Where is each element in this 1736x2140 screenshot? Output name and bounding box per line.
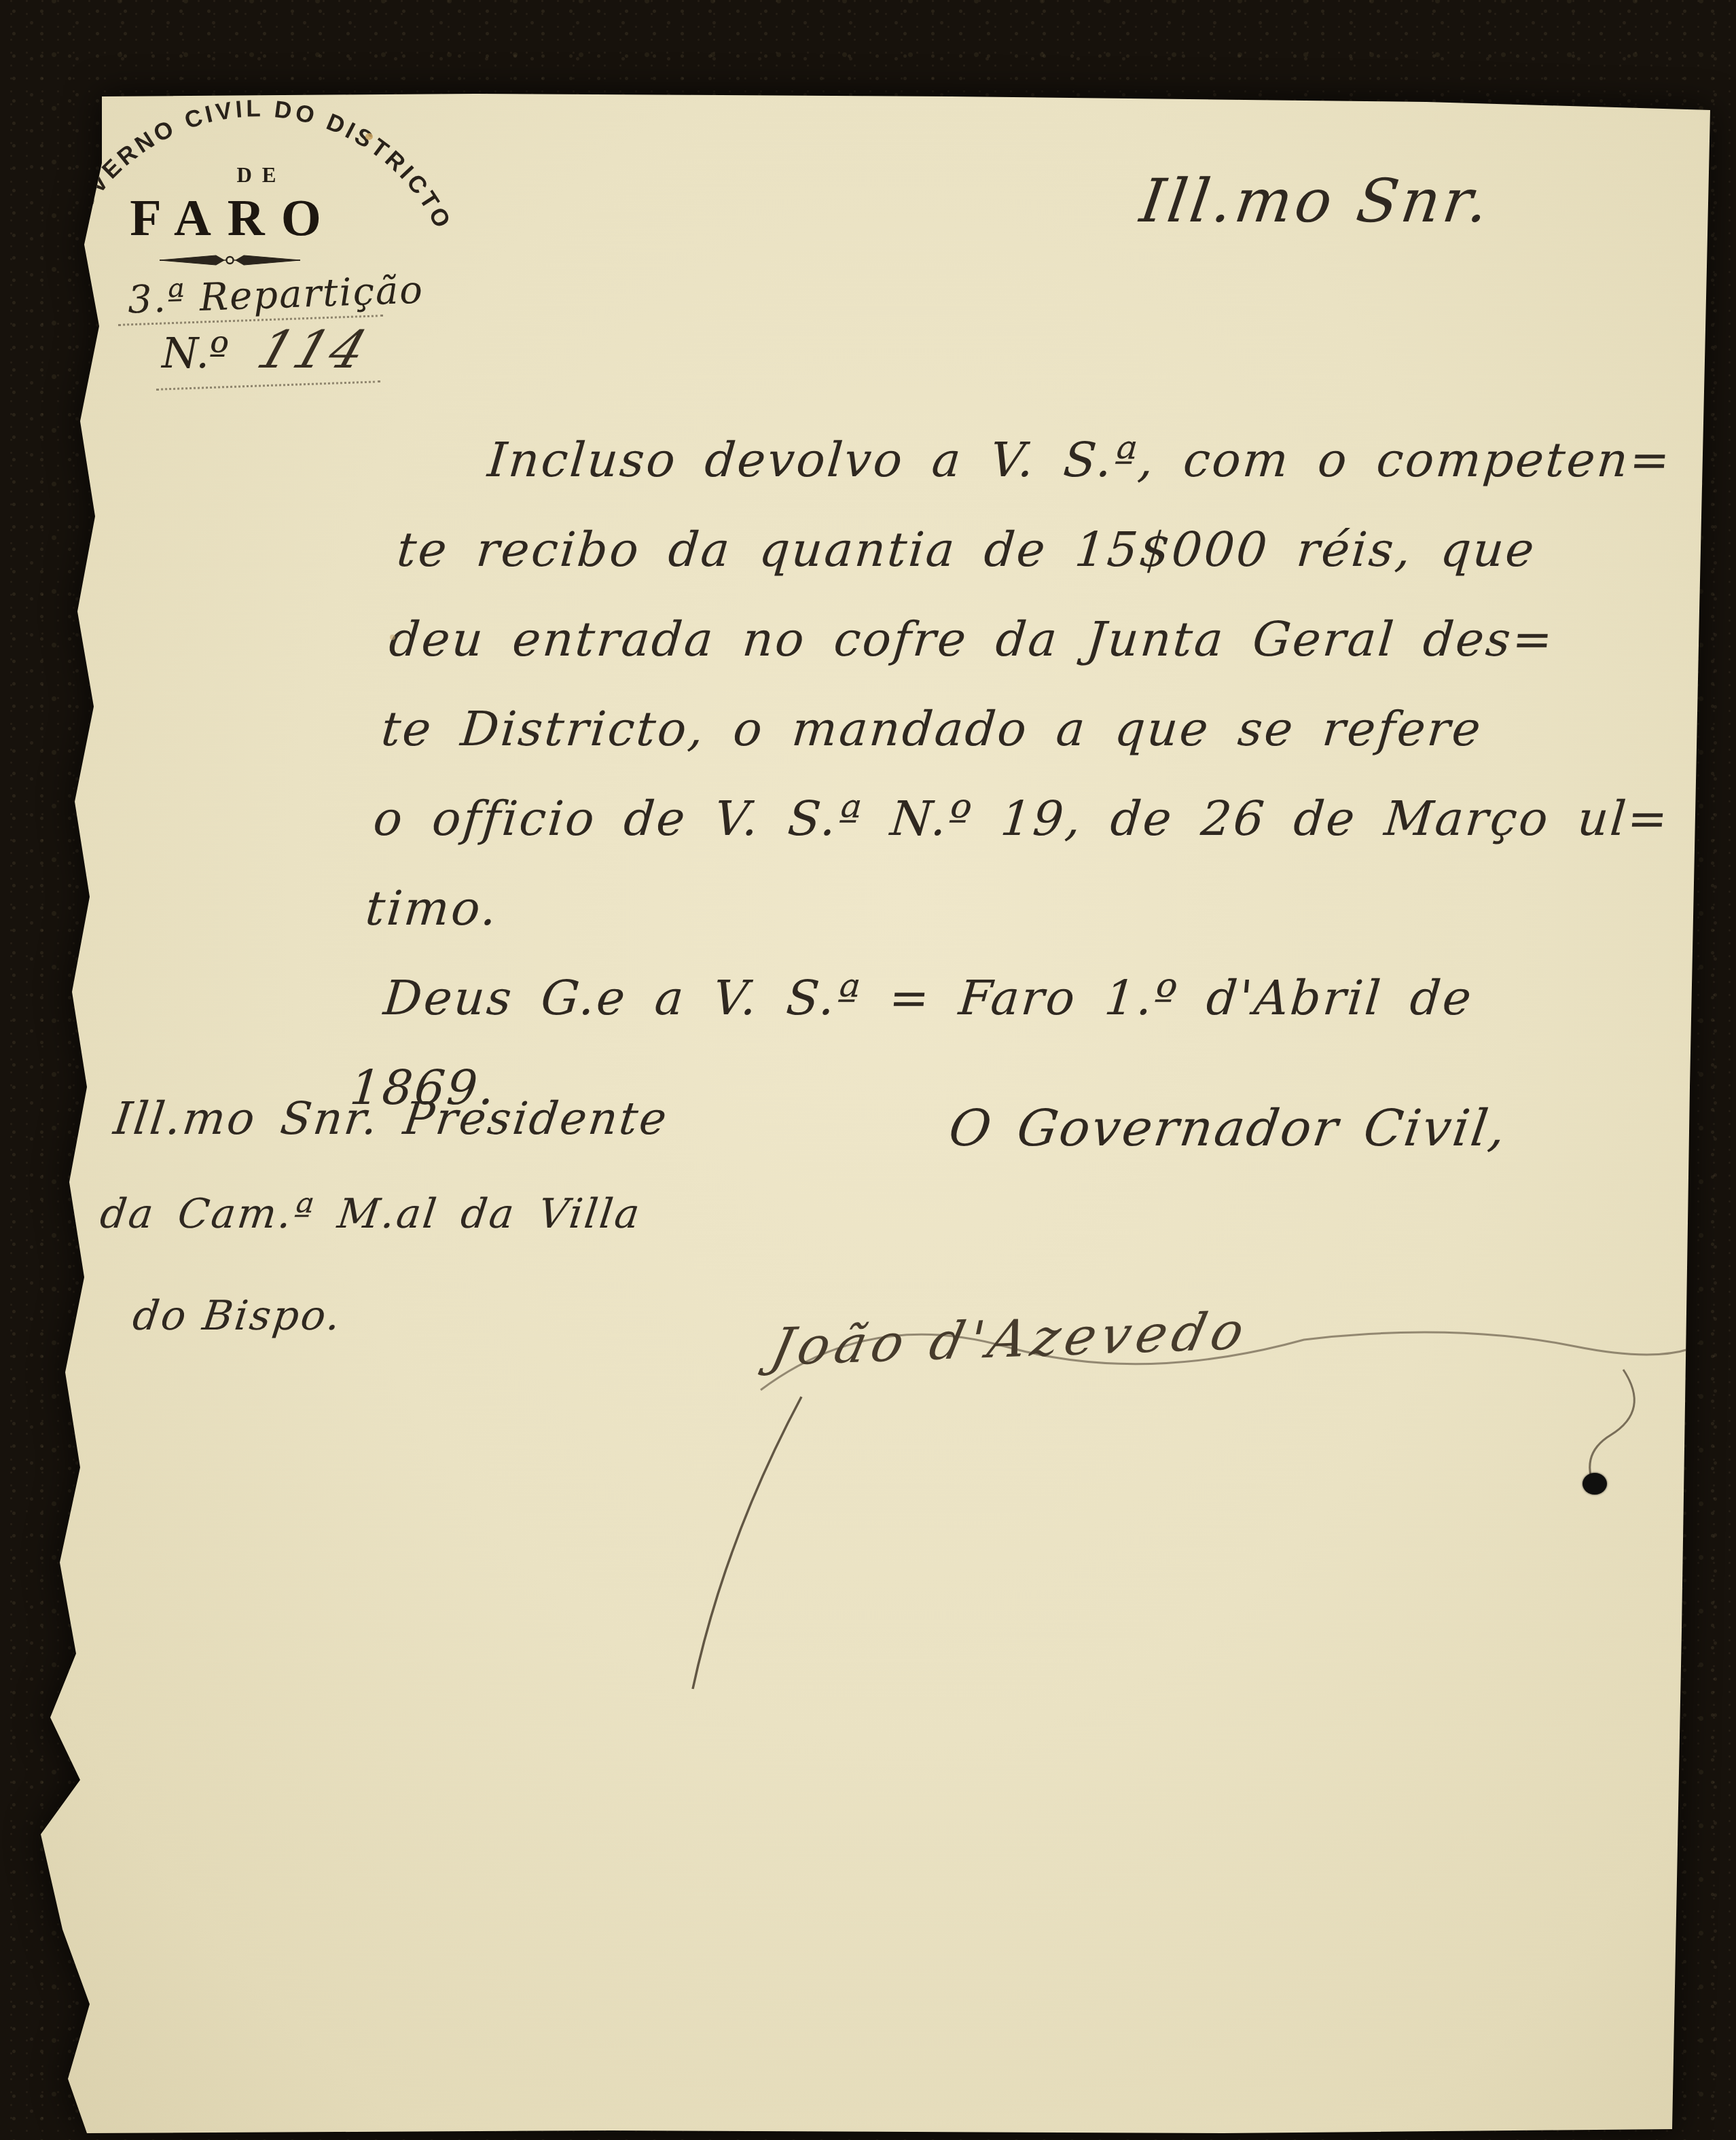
document-paper: GOVERNO CIVIL DO DISTRICTO DE FARO 3.ª R… <box>0 0 1736 2140</box>
addressee-line: Ill.mo Snr. Presidente <box>111 1092 671 1145</box>
paper-shadow: GOVERNO CIVIL DO DISTRICTO DE FARO 3.ª R… <box>0 0 1736 2140</box>
addressee-line: da Cam.ª M.al da Villa <box>98 1190 644 1238</box>
letterhead-city: FARO <box>118 189 349 248</box>
scan-background: GOVERNO CIVIL DO DISTRICTO DE FARO 3.ª R… <box>0 0 1736 2140</box>
number-label: N.º <box>162 328 229 378</box>
signoff-role: O Governador Civil, <box>945 1099 1511 1158</box>
body-line: o officio de V. S.ª N.º 19, de 26 de Mar… <box>368 791 1671 880</box>
letter-body: Incluso devolvo a V. S.ª, com o competen… <box>345 432 1703 1149</box>
body-line: timo. <box>361 880 1664 970</box>
body-line: te Districto, o mandado a que se refere <box>376 701 1680 791</box>
salutation: Ill.mo Snr. <box>1136 166 1496 236</box>
letterhead-number: N.º114 <box>162 319 367 380</box>
ink-dot <box>1583 1473 1607 1495</box>
number-value: 114 <box>251 319 377 380</box>
body-line: deu entrada no cofre da Junta Geral des= <box>384 611 1687 701</box>
letterhead-ornament-icon <box>160 255 300 265</box>
signature-block: João d'Azevedo <box>761 1302 1684 1465</box>
body-line-valediction: Deus G.e a V. S.ª = Faro 1.º d'Abril de <box>352 970 1656 1060</box>
letterhead-de-label: DE <box>204 163 319 188</box>
letterhead-stamp: GOVERNO CIVIL DO DISTRICTO DE FARO 3.ª R… <box>48 80 482 461</box>
body-line: Incluso devolvo a V. S.ª, com o competen… <box>399 432 1703 522</box>
body-line: te recibo da quantia de 15$000 réis, que <box>392 522 1695 611</box>
paper-speck <box>390 635 395 640</box>
paper-speck <box>365 133 373 140</box>
addressee-line: do Bispo. <box>130 1292 345 1340</box>
